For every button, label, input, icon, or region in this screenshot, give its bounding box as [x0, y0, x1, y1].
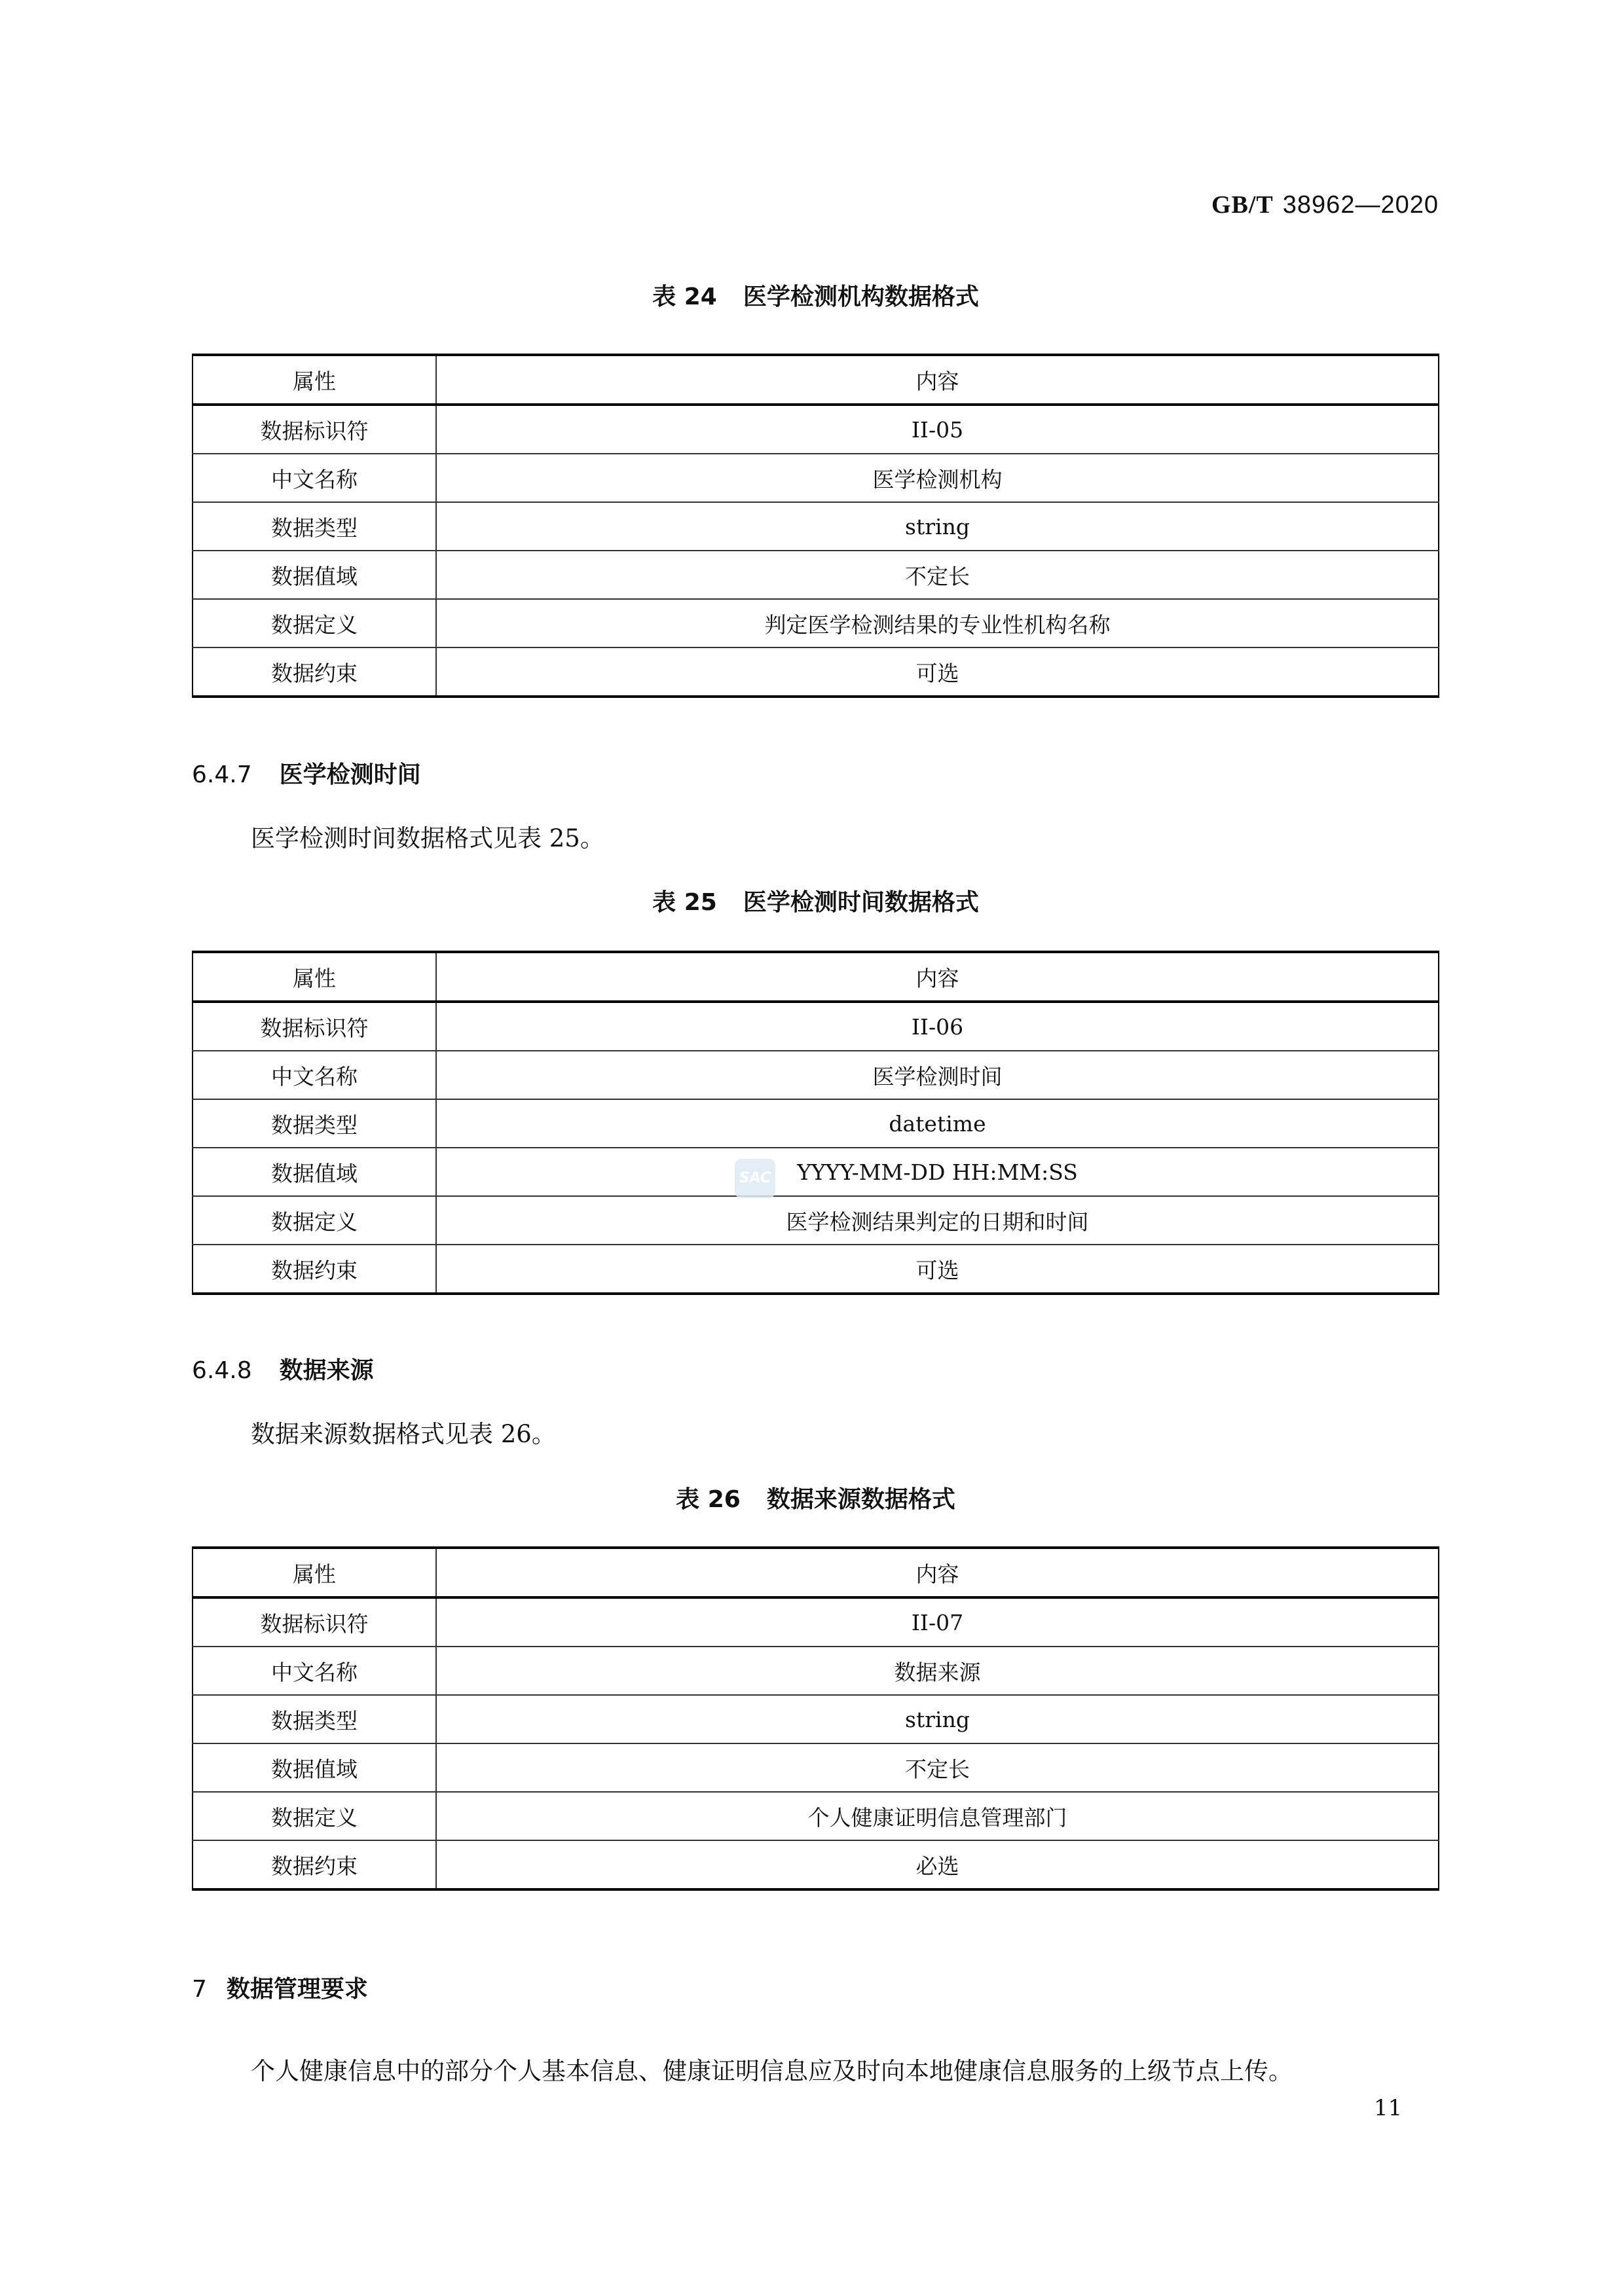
table-24-caption: 表 24医学检测机构数据格式	[192, 278, 1439, 312]
table-row: 中文名称数据来源	[193, 1647, 1439, 1695]
table-25-caption-number: 表 25	[652, 889, 717, 916]
page-number: 11	[1374, 2095, 1402, 2121]
row-content: 可选	[436, 1245, 1439, 1294]
table-row: 数据值域不定长	[193, 1743, 1439, 1792]
section-title: 数据管理要求	[227, 1976, 368, 2003]
row-attribute: 数据标识符	[193, 1002, 436, 1051]
row-attribute: 数据值域	[193, 1148, 436, 1196]
row-attribute: 数据值域	[193, 551, 436, 599]
table-25-caption-title: 医学检测时间数据格式	[743, 889, 979, 916]
standard-number: 38962—2020	[1283, 191, 1439, 219]
table-row: 数据定义医学检测结果判定的日期和时间	[193, 1196, 1439, 1245]
standard-prefix: GB/T	[1211, 191, 1274, 219]
table-25-caption: 表 25医学检测时间数据格式	[192, 884, 1439, 917]
row-attribute: 数据约束	[193, 1245, 436, 1294]
table-row: 数据值域不定长	[193, 551, 1439, 599]
table-row: 数据约束可选	[193, 1245, 1439, 1294]
table-header-row: 属性 内容	[193, 952, 1439, 1002]
section-number: 6.4.7	[192, 761, 252, 788]
row-content: string	[436, 502, 1439, 551]
row-content: 医学检测机构	[436, 454, 1439, 502]
table-24-caption-title: 医学检测机构数据格式	[743, 283, 979, 310]
row-attribute: 数据类型	[193, 502, 436, 551]
row-attribute: 数据定义	[193, 1792, 436, 1840]
row-content: 不定长	[436, 1743, 1439, 1792]
row-content: YYYY-MM-DD HH:MM:SS	[436, 1148, 1439, 1196]
column-header-attribute: 属性	[193, 952, 436, 1002]
row-content: 医学检测时间	[436, 1051, 1439, 1099]
row-attribute: 中文名称	[193, 1051, 436, 1099]
table-row: 中文名称医学检测时间	[193, 1051, 1439, 1099]
table-26-caption-title: 数据来源数据格式	[767, 1486, 955, 1513]
row-attribute: 数据定义	[193, 599, 436, 647]
row-content: 判定医学检测结果的专业性机构名称	[436, 599, 1439, 647]
table-row: 数据定义个人健康证明信息管理部门	[193, 1792, 1439, 1840]
row-content: II-06	[436, 1002, 1439, 1051]
section-7-text: 个人健康信息中的部分个人基本信息、健康证明信息应及时向本地健康信息服务的上级节点…	[251, 2051, 1293, 2086]
table-row: 数据标识符II-05	[193, 405, 1439, 454]
table-row: 数据约束必选	[193, 1840, 1439, 1889]
table-header-row: 属性 内容	[193, 355, 1439, 405]
row-attribute: 数据类型	[193, 1695, 436, 1743]
table-26-caption-number: 表 26	[676, 1486, 741, 1513]
table-header-row: 属性 内容	[193, 1548, 1439, 1597]
row-attribute: 数据定义	[193, 1196, 436, 1245]
section-6-4-8-heading: 6.4.8数据来源	[192, 1352, 374, 1385]
section-number: 6.4.8	[192, 1357, 252, 1384]
table-row: 数据类型string	[193, 502, 1439, 551]
table-24: 属性 内容 数据标识符II-05 中文名称医学检测机构 数据类型string 数…	[192, 354, 1439, 698]
sac-watermark-icon: SAC	[735, 1159, 775, 1198]
section-7-heading: 7数据管理要求	[192, 1971, 368, 2004]
row-attribute: 数据约束	[193, 647, 436, 697]
row-attribute: 数据值域	[193, 1743, 436, 1792]
row-attribute: 中文名称	[193, 454, 436, 502]
column-header-attribute: 属性	[193, 1548, 436, 1597]
row-attribute: 中文名称	[193, 1647, 436, 1695]
table-row: 数据类型string	[193, 1695, 1439, 1743]
table-26: 属性 内容 数据标识符II-07 中文名称数据来源 数据类型string 数据值…	[192, 1546, 1439, 1891]
column-header-content: 内容	[436, 952, 1439, 1002]
row-content: 数据来源	[436, 1647, 1439, 1695]
row-attribute: 数据标识符	[193, 405, 436, 454]
section-6-4-7-text: 医学检测时间数据格式见表 25。	[251, 818, 604, 854]
table-row: 数据约束可选	[193, 647, 1439, 697]
table-row: 中文名称医学检测机构	[193, 454, 1439, 502]
section-6-4-7-heading: 6.4.7医学检测时间	[192, 756, 421, 790]
table-25: 属性 内容 数据标识符II-06 中文名称医学检测时间 数据类型datetime…	[192, 951, 1439, 1295]
row-content: 必选	[436, 1840, 1439, 1889]
row-content: string	[436, 1695, 1439, 1743]
table-26-caption: 表 26数据来源数据格式	[192, 1481, 1439, 1514]
row-content: II-07	[436, 1597, 1439, 1647]
section-title: 数据来源	[280, 1357, 374, 1384]
table-row: 数据定义判定医学检测结果的专业性机构名称	[193, 599, 1439, 647]
row-content: 可选	[436, 647, 1439, 697]
row-content: datetime	[436, 1099, 1439, 1148]
table-row: 数据值域YYYY-MM-DD HH:MM:SS	[193, 1148, 1439, 1196]
table-row: 数据标识符II-06	[193, 1002, 1439, 1051]
row-content: 个人健康证明信息管理部门	[436, 1792, 1439, 1840]
table-row: 数据标识符II-07	[193, 1597, 1439, 1647]
column-header-content: 内容	[436, 355, 1439, 405]
row-content: 不定长	[436, 551, 1439, 599]
column-header-attribute: 属性	[193, 355, 436, 405]
column-header-content: 内容	[436, 1548, 1439, 1597]
row-attribute: 数据类型	[193, 1099, 436, 1148]
row-attribute: 数据标识符	[193, 1597, 436, 1647]
standard-code: GB/T38962—2020	[1211, 190, 1439, 219]
table-24-caption-number: 表 24	[652, 283, 717, 310]
section-6-4-8-text: 数据来源数据格式见表 26。	[251, 1414, 556, 1449]
row-content: II-05	[436, 405, 1439, 454]
table-row: 数据类型datetime	[193, 1099, 1439, 1148]
row-content: 医学检测结果判定的日期和时间	[436, 1196, 1439, 1245]
row-attribute: 数据约束	[193, 1840, 436, 1889]
section-title: 医学检测时间	[280, 761, 421, 788]
section-number: 7	[192, 1976, 207, 2003]
